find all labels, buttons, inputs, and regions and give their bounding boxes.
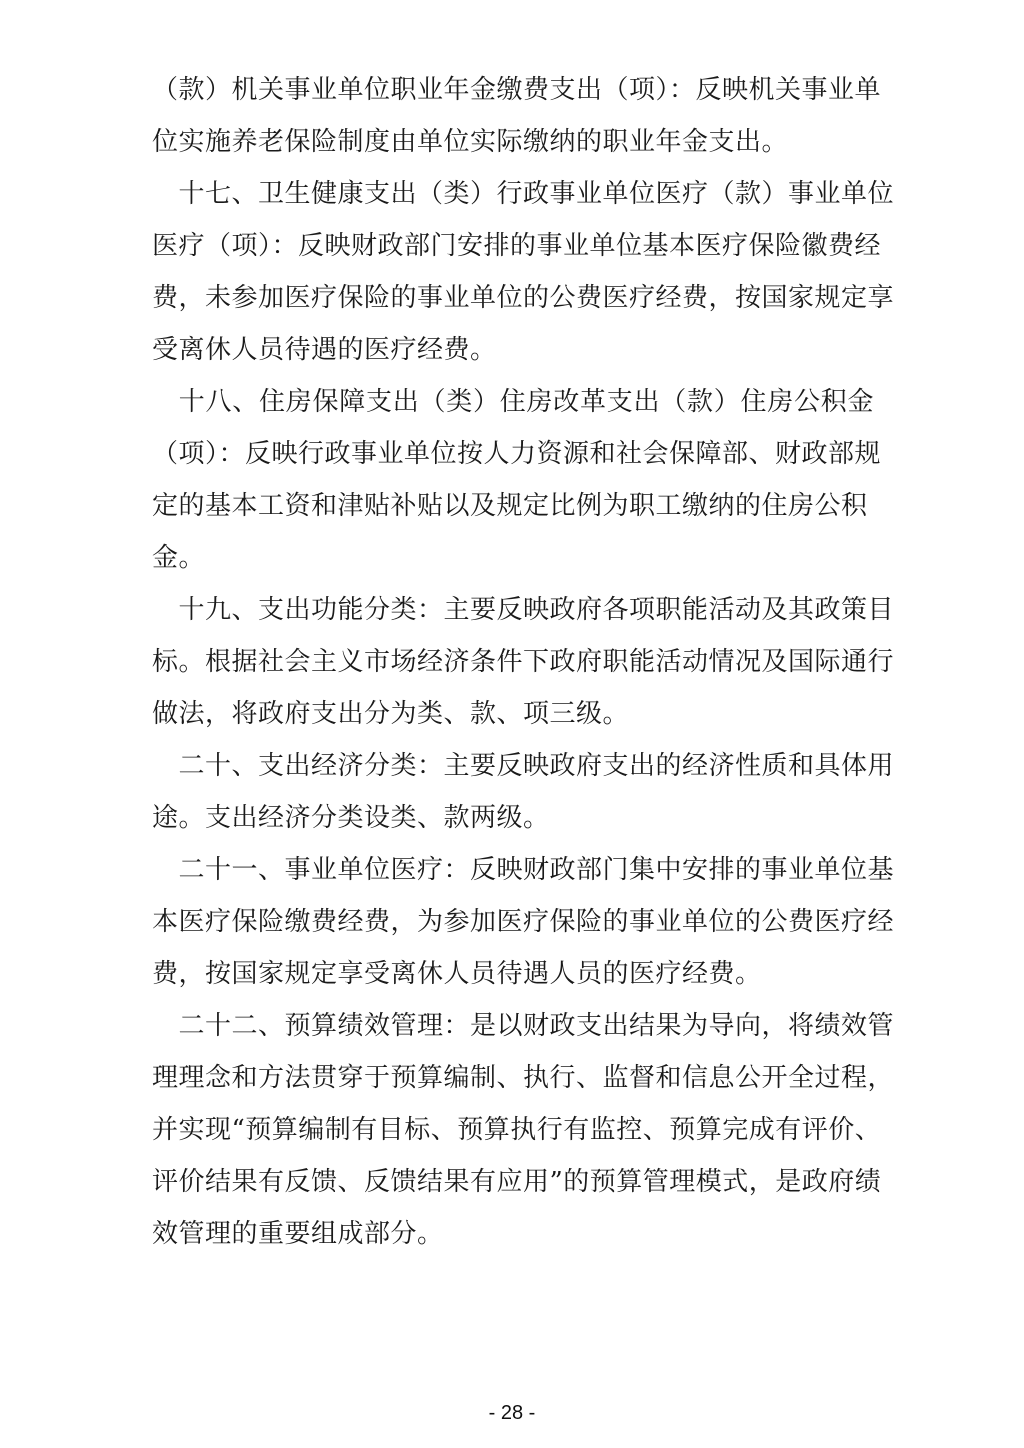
text-line: 受离休人员待遇的医疗经费。 xyxy=(152,324,874,376)
document-body: （款）机关事业单位职业年金缴费支出（项）：反映机关事业单 位实施养老保险制度由单… xyxy=(152,64,874,1260)
text-line: 十七、卫生健康支出（类）行政事业单位医疗（款）事业单位 xyxy=(152,168,874,220)
text-line: 标。根据社会主义市场经济条件下政府职能活动情况及国际通行 xyxy=(152,636,874,688)
text-line: 十九、支出功能分类：主要反映政府各项职能活动及其政策目 xyxy=(152,584,874,636)
paragraph-18: 十八、住房保障支出（类）住房改革支出（款）住房公积金 （项）：反映行政事业单位按… xyxy=(152,376,874,584)
text-line: 并实现“预算编制有目标、预算执行有监控、预算完成有评价、 xyxy=(152,1104,874,1156)
paragraph-21: 二十一、事业单位医疗：反映财政部门集中安排的事业单位基 本医疗保险缴费经费，为参… xyxy=(152,844,874,1000)
text-line: 十八、住房保障支出（类）住房改革支出（款）住房公积金 xyxy=(152,376,874,428)
text-line: （项）：反映行政事业单位按人力资源和社会保障部、财政部规 xyxy=(152,428,874,480)
text-line: 费，未参加医疗保险的事业单位的公费医疗经费，按国家规定享 xyxy=(152,272,874,324)
text-line: 定的基本工资和津贴补贴以及规定比例为职工缴纳的住房公积 xyxy=(152,480,874,532)
paragraph-20: 二十、支出经济分类：主要反映政府支出的经济性质和具体用 途。支出经济分类设类、款… xyxy=(152,740,874,844)
text-line: 二十一、事业单位医疗：反映财政部门集中安排的事业单位基 xyxy=(152,844,874,896)
page-number: - 28 - xyxy=(0,1402,1024,1425)
text-line: 效管理的重要组成部分。 xyxy=(152,1208,874,1260)
text-line: 位实施养老保险制度由单位实际缴纳的职业年金支出。 xyxy=(152,116,874,168)
text-line: 医疗（项）：反映财政部门安排的事业单位基本医疗保险徽费经 xyxy=(152,220,874,272)
text-line: 理理念和方法贯穿于预算编制、执行、监督和信息公开全过程， xyxy=(152,1052,874,1104)
text-line: 二十二、预算绩效管理：是以财政支出结果为导向，将绩效管 xyxy=(152,1000,874,1052)
paragraph-17: 十七、卫生健康支出（类）行政事业单位医疗（款）事业单位 医疗（项）：反映财政部门… xyxy=(152,168,874,376)
text-line: 评价结果有反馈、反馈结果有应用”的预算管理模式，是政府绩 xyxy=(152,1156,874,1208)
text-line: 二十、支出经济分类：主要反映政府支出的经济性质和具体用 xyxy=(152,740,874,792)
paragraph-19: 十九、支出功能分类：主要反映政府各项职能活动及其政策目 标。根据社会主义市场经济… xyxy=(152,584,874,740)
text-line: 途。支出经济分类设类、款两级。 xyxy=(152,792,874,844)
text-line: 费，按国家规定享受离休人员待遇人员的医疗经费。 xyxy=(152,948,874,1000)
paragraph-22: 二十二、预算绩效管理：是以财政支出结果为导向，将绩效管 理理念和方法贯穿于预算编… xyxy=(152,1000,874,1260)
text-line: （款）机关事业单位职业年金缴费支出（项）：反映机关事业单 xyxy=(152,64,874,116)
text-line: 做法，将政府支出分为类、款、项三级。 xyxy=(152,688,874,740)
text-line: 本医疗保险缴费经费，为参加医疗保险的事业单位的公费医疗经 xyxy=(152,896,874,948)
paragraph-16-continued: （款）机关事业单位职业年金缴费支出（项）：反映机关事业单 位实施养老保险制度由单… xyxy=(152,64,874,168)
text-line: 金。 xyxy=(152,532,874,584)
